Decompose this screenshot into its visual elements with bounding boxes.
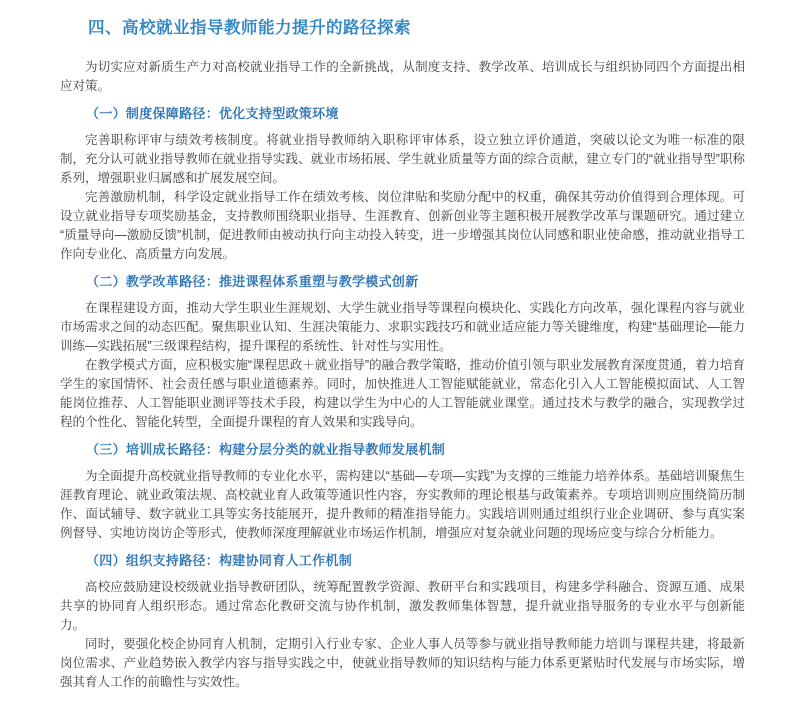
section-1-paragraph-2: 完善激励机制，科学设定就业指导工作在绩效考核、岗位津贴和奖励分配中的权重，确保其…	[60, 188, 745, 264]
section-3-paragraph-1: 为全面提升高校就业指导教师的专业化水平，需构建以“基础—专项—实践”为支撑的三维…	[60, 467, 745, 543]
section-4-paragraph-2: 同时，要强化校企协同育人机制，定期引入行业专家、企业人事人员等参与就业指导教师能…	[60, 635, 745, 692]
section-4-paragraph-1: 高校应鼓励建设校级就业指导教研团队，统筹配置教学资源、教研平台和实践项目，构建多…	[60, 578, 745, 635]
section-1-paragraph-1: 完善职称评审与绩效考核制度。将就业指导教师纳入职称评审体系，设立独立评价通道，突…	[60, 131, 745, 188]
page-title: 四、高校就业指导教师能力提升的路径探索	[60, 16, 745, 40]
section-2-paragraph-2: 在教学模式方面，应积极实施“课程思政＋就业指导”的融合教学策略，推动价值引领与职…	[60, 356, 745, 432]
section-2-paragraph-1: 在课程建设方面，推动大学生职业生涯规划、大学生就业指导等课程向模块化、实践化方向…	[60, 299, 745, 356]
section-3-heading: （三）培训成长路径：构建分层分类的就业指导教师发展机制	[60, 440, 745, 459]
section-4-heading: （四）组织支持路径：构建协同育人工作机制	[60, 551, 745, 570]
section-1-heading: （一）制度保障路径：优化支持型政策环境	[60, 104, 745, 123]
document-page: 四、高校就业指导教师能力提升的路径探索 为切实应对新质生产力对高校就业指导工作的…	[0, 0, 800, 719]
intro-paragraph: 为切实应对新质生产力对高校就业指导工作的全新挑战，从制度支持、教学改革、培训成长…	[60, 58, 745, 96]
section-2-heading: （二）教学改革路径：推进课程体系重塑与教学模式创新	[60, 272, 745, 291]
